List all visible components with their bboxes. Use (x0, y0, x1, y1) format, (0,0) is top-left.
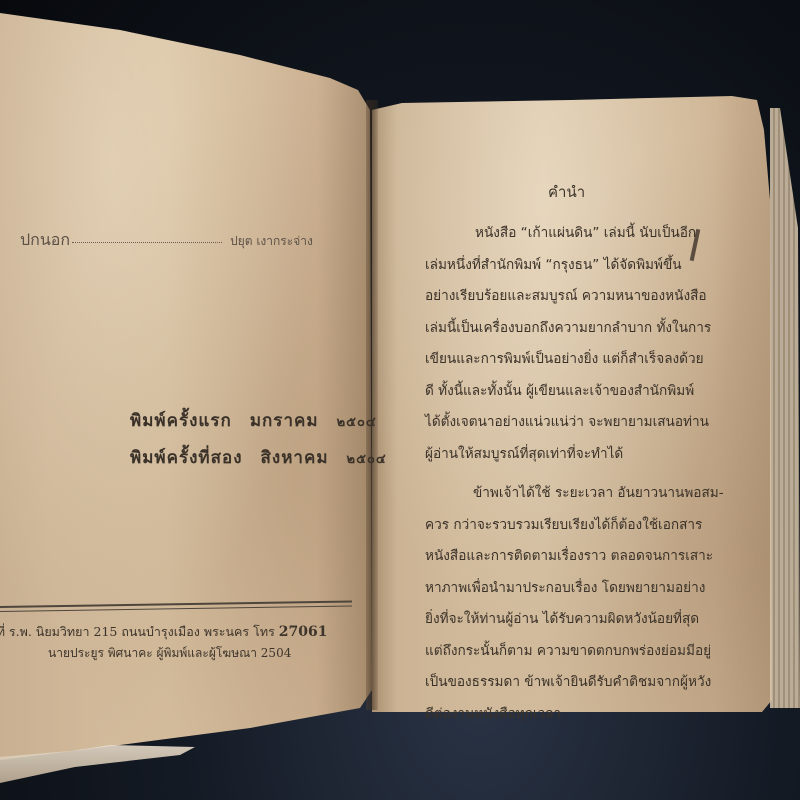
photo-scene: ปกนอกปยุต เงากระจ่าง พิมพ์ครั้งแรกมกราคม… (0, 0, 800, 800)
preface-line: ดีต่องานหนังสือทุกเวลา (425, 699, 770, 731)
cover-credit: ปกนอกปยุต เงากระจ่าง (20, 228, 313, 253)
edition-label: พิมพ์ครั้งที่สอง (130, 448, 243, 468)
preface-line: ยิ่งที่จะให้ท่านผู้อ่าน ได้รับความผิดหวั… (425, 604, 770, 636)
preface-line: ควร กว่าจะรวบรวมเรียบเรียงได้ก็ต้องใช้เอ… (425, 510, 770, 542)
preface-line: แต่ถึงกระนั้นก็ตาม ความขาดตกบกพร่องย่อมม… (425, 636, 770, 668)
dotted-leader (72, 242, 222, 243)
preface-line: เป็นของธรรมดา ข้าพเจ้ายินดีรับคำติชมจากผ… (425, 667, 770, 699)
publisher-line: นายประยูร พิศนาคะ ผู้พิมพ์และผู้โฆษณา 25… (48, 644, 291, 663)
edition-year: ๒๕๐๔ (347, 452, 387, 467)
left-page (0, 0, 372, 800)
first-printing: พิมพ์ครั้งแรกมกราคม๒๕๐๔ (130, 407, 377, 434)
edition-month: มกราคม (250, 411, 319, 431)
preface-line: ข้าพเจ้าได้ใช้ ระยะเวลา อันยาวนานพอสม- (425, 478, 770, 510)
preface-line: เล่มนี้เป็นเครื่องบอกถึงความยากลำบาก ทั้… (425, 313, 770, 345)
edition-year: ๒๕๐๔ (337, 415, 377, 430)
page-stack-edges (770, 108, 800, 708)
printer-address: พิมพ์ที่ ร.พ. นิยมวิทยา 215 ถนนบำรุงเมือ… (0, 622, 328, 642)
preface-line: เล่มหนึ่งที่สำนักพิมพ์ “กรุงธน” ได้จัดพิ… (425, 250, 770, 282)
printer-address-text: พิมพ์ที่ ร.พ. นิยมวิทยา 215 ถนนบำรุงเมือ… (0, 624, 249, 639)
cover-label: ปกนอก (20, 230, 70, 249)
second-printing: พิมพ์ครั้งที่สองสิงหาคม๒๕๐๔ (130, 444, 387, 471)
preface-line: ผู้อ่านให้สมบูรณ์ที่สุดเท่าที่จะทำได้ (425, 439, 770, 471)
preface-line: หนังสือ “เก้าแผ่นดิน” เล่มนี้ นับเป็นอีก (425, 218, 770, 250)
preface-line: อย่างเรียบร้อยและสมบูรณ์ ความหนาของหนังส… (425, 281, 770, 313)
edition-month: สิงหาคม (261, 448, 329, 468)
preface-line: ได้ตั้งเจตนาอย่างแน่วแน่ว่า จะพยายามเสนอ… (425, 407, 770, 439)
preface-heading: คำนำ (548, 180, 585, 204)
phone-number: 27061 (279, 624, 328, 640)
preface-line: หนังสือและการติดตามเรื่องราว ตลอดจนการเส… (425, 541, 770, 573)
preface-body: หนังสือ “เก้าแผ่นดิน” เล่มนี้ นับเป็นอีก… (425, 218, 770, 730)
phone-label: โทร (253, 624, 275, 639)
preface-line: ดี ทั้งนี้และทั้งนั้น ผู้เขียนและเจ้าของ… (425, 376, 770, 408)
cover-artist: ปยุต เงากระจ่าง (230, 234, 313, 248)
edition-label: พิมพ์ครั้งแรก (130, 411, 232, 431)
book-gutter (366, 100, 378, 710)
preface-line: เขียนและการพิมพ์เป็นอย่างยิ่ง แต่ก็สำเร็… (425, 344, 770, 376)
preface-line: หาภาพเพื่อนำมาประกอบเรื่อง โดยพยายามอย่า… (425, 573, 770, 605)
